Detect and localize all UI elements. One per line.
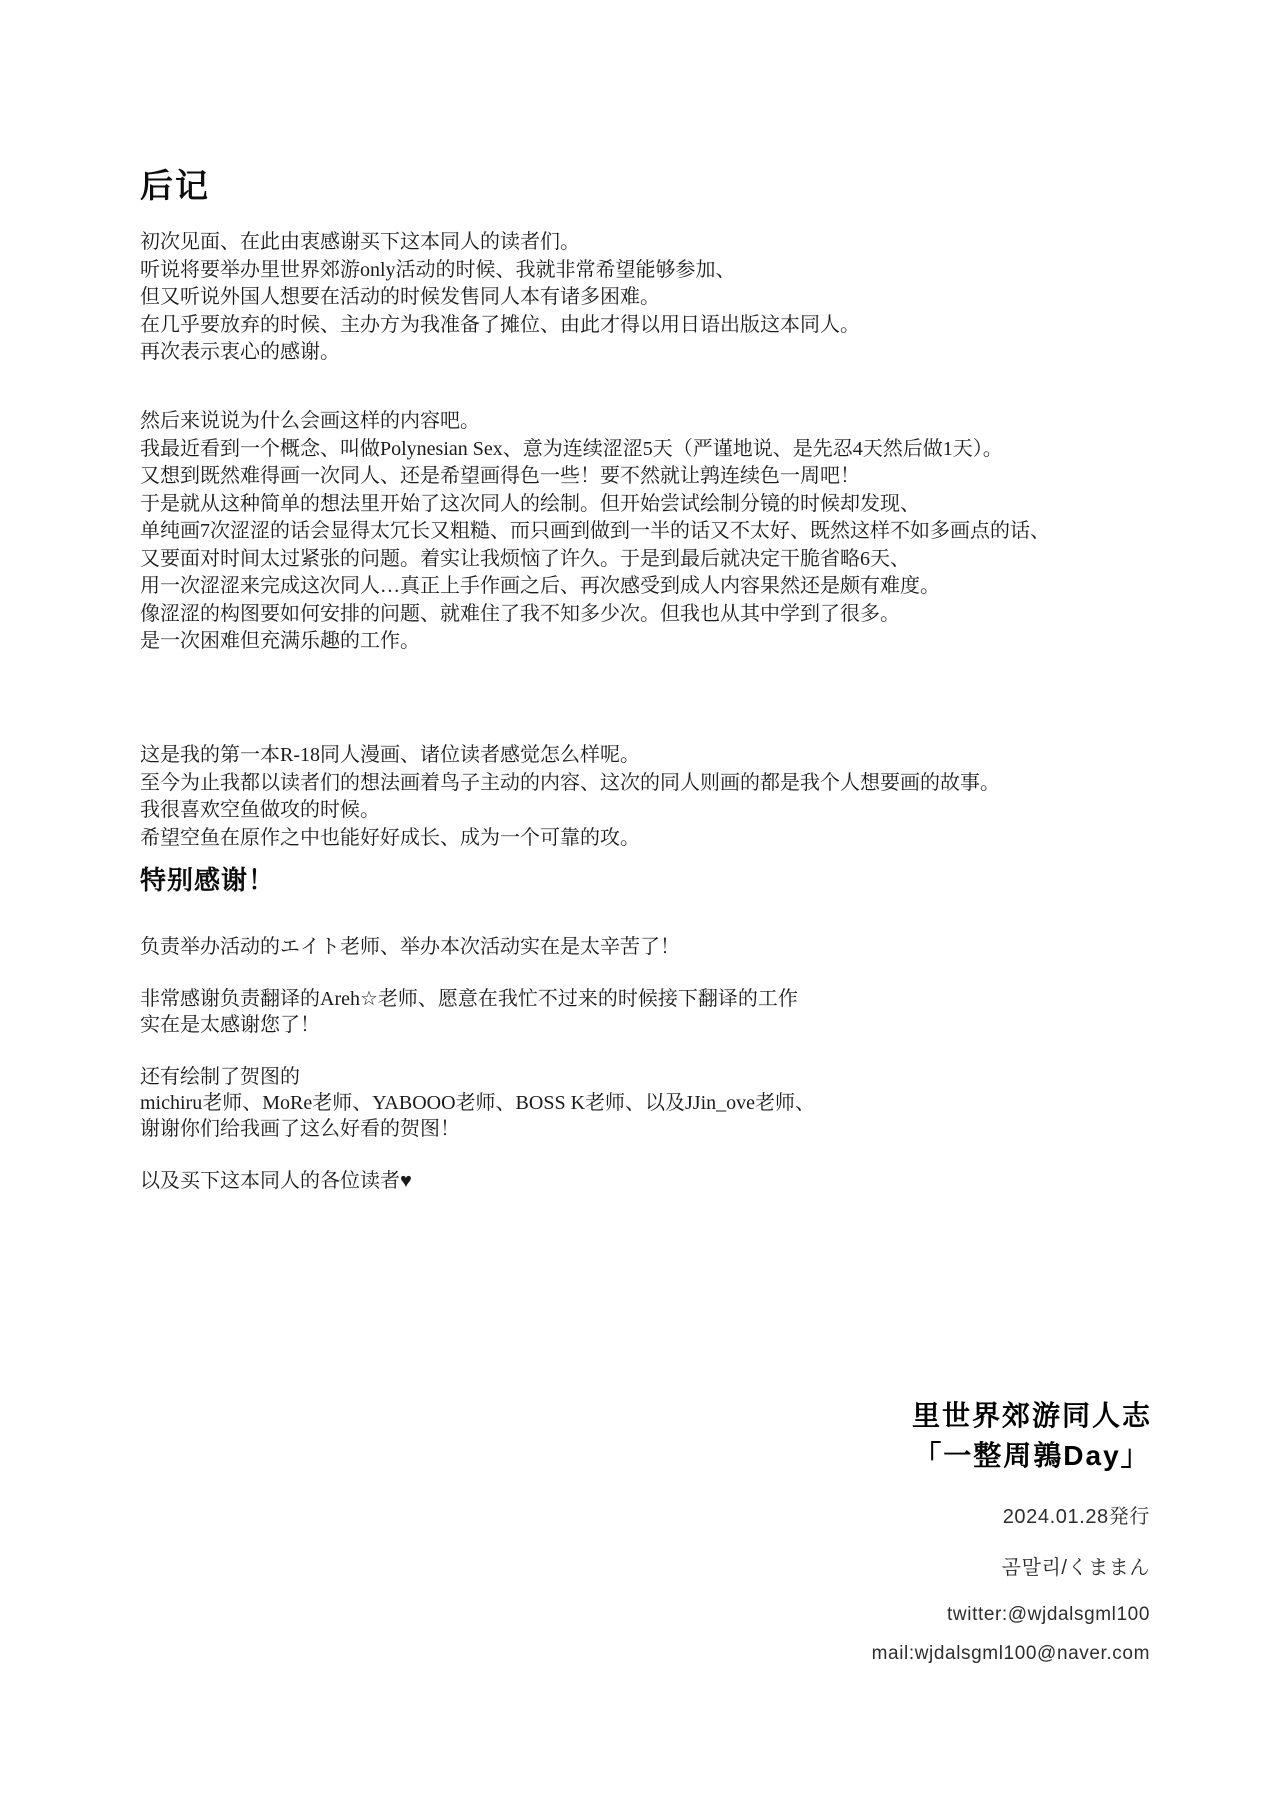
mail-address: mail:wjdalsgml100@naver.com — [872, 1643, 1150, 1665]
text-line: 这是我的第一本R-18同人漫画、诸位读者感觉怎么样呢。 — [140, 742, 1000, 770]
text-line: 又要面对时间太过紧张的问题。着实让我烦恼了许久。于是到最后就决定干脆省略6天、 — [140, 546, 1050, 574]
doujin-book-title: 「一整周鶉Day」 — [912, 1436, 1152, 1476]
text-line: 然后来说说为什么会画这样的内容吧。 — [140, 408, 1050, 436]
text-line: 实在是太感谢您了！ — [140, 1012, 815, 1038]
twitter-handle: twitter:@wjdalsgml100 — [947, 1604, 1150, 1626]
text-line: 单纯画7次涩涩的话会显得太冗长又粗糙、而只画到做到一半的话又不太好、既然这样不如… — [140, 518, 1050, 546]
afterword-heading: 后记 — [140, 160, 210, 207]
special-thanks-heading: 特别感谢！ — [140, 860, 275, 897]
text-line: 希望空鱼在原作之中也能好好成长、成为一个可靠的攻。 — [140, 825, 1000, 853]
text-line: 是一次困难但充满乐趣的工作。 — [140, 628, 1050, 656]
text-line: 谢谢你们给我画了这么好看的贺图！ — [140, 1116, 815, 1142]
text-line: 听说将要举办里世界郊游only活动的时候、我就非常希望能够参加、 — [140, 257, 860, 285]
afterword-paragraph-3: 这是我的第一本R-18同人漫画、诸位读者感觉怎么样呢。至今为止我都以读者们的想法… — [140, 742, 1000, 852]
text-line: 但又听说外国人想要在活动的时候发售同人本有诸多困难。 — [140, 284, 860, 312]
text-line: 以及买下这本同人的各位读者♥ — [140, 1168, 815, 1194]
text-line: michiru老师、MoRe老师、YABOOO老师、BOSS K老师、以及JJi… — [140, 1090, 815, 1116]
text-line: 再次表示衷心的感谢。 — [140, 339, 860, 367]
text-line: 又想到既然难得画一次同人、还是希望画得色一些！要不然就让鹑连续色一周吧！ — [140, 463, 1050, 491]
text-line: 还有绘制了贺图的 — [140, 1064, 815, 1090]
afterword-page: 后记 初次见面、在此由衷感谢买下这本同人的读者们。听说将要举办里世界郊游only… — [0, 0, 1280, 1807]
doujin-series-title: 里世界郊游同人志 — [912, 1396, 1152, 1436]
publish-date: 2024.01.28発行 — [1003, 1500, 1150, 1529]
text-line: 非常感谢负责翻译的Areh☆老师、愿意在我忙不过来的时候接下翻译的工作 — [140, 986, 815, 1012]
afterword-paragraph-2: 然后来说说为什么会画这样的内容吧。我最近看到一个概念、叫做Polynesian … — [140, 408, 1050, 656]
special-thanks-list: 负责举办活动的エイト老师、举办本次活动实在是太辛苦了！ 非常感谢负责翻译的Are… — [140, 934, 815, 1194]
text-line: 我很喜欢空鱼做攻的时候。 — [140, 797, 1000, 825]
text-line: 于是就从这种简单的想法里开始了这次同人的绘制。但开始尝试绘制分镜的时候却发现、 — [140, 491, 1050, 519]
author-name: 곰말리/くままん — [1002, 1551, 1150, 1580]
text-line: 像涩涩的构图要如何安排的问题、就难住了我不知多少次。但我也从其中学到了很多。 — [140, 601, 1050, 629]
afterword-paragraph-1: 初次见面、在此由衷感谢买下这本同人的读者们。听说将要举办里世界郊游only活动的… — [140, 229, 860, 367]
text-line: 至今为止我都以读者们的想法画着鸟子主动的内容、这次的同人则画的都是我个人想要画的… — [140, 770, 1000, 798]
text-line: 用一次涩涩来完成这次同人…真正上手作画之后、再次感受到成人内容果然还是颇有难度。 — [140, 573, 1050, 601]
text-line: 我最近看到一个概念、叫做Polynesian Sex、意为连续涩涩5天（严谨地说… — [140, 436, 1050, 464]
text-line: 在几乎要放弃的时候、主办方为我准备了摊位、由此才得以用日语出版这本同人。 — [140, 312, 860, 340]
text-line: 初次见面、在此由衷感谢买下这本同人的读者们。 — [140, 229, 860, 257]
colophon-title-block: 里世界郊游同人志 「一整周鶉Day」 — [912, 1396, 1152, 1476]
text-line: 负责举办活动的エイト老师、举办本次活动实在是太辛苦了！ — [140, 934, 815, 960]
